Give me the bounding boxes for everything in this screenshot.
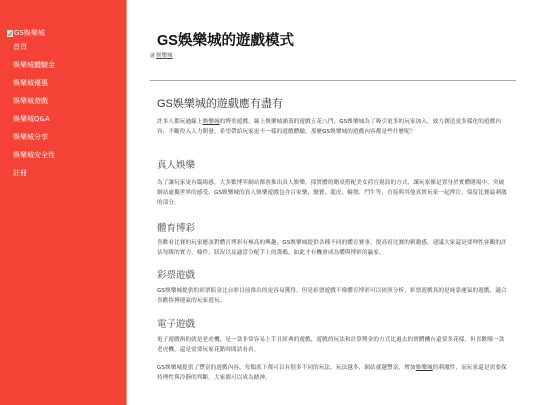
intro-text-start: 許多人都玩過線上	[157, 119, 203, 125]
sidebar-item-share[interactable]: 娛樂城分享	[13, 132, 55, 150]
casino-link[interactable]: 娛樂城	[203, 119, 220, 125]
page-title: GS娛樂城的遊戲模式	[157, 29, 294, 50]
section-heading-lottery: 彩票遊戲	[157, 267, 195, 281]
logo-alt-text: GS娛樂城	[14, 28, 45, 38]
broken-image-icon	[7, 30, 13, 37]
broken-image-icon	[150, 52, 155, 58]
intro-paragraph: 許多人都玩過線上娛樂城的博奕遊戲，線上娛樂城涵蓋的遊戲五花八門，GS娛樂城為了吸…	[157, 117, 509, 137]
sidebar-item-register[interactable]: 註冊	[13, 168, 55, 186]
divider	[150, 80, 516, 81]
section-heading-sports: 體育博彩	[157, 220, 195, 234]
section-text-live: 為了讓玩家更有臨場感，大多數博弈網站都會推出真人娛樂，採實體的賭桌搭配美女荷官視…	[157, 178, 509, 208]
section-heading-live: 真人娛樂	[157, 157, 195, 171]
hero-image-link[interactable]: 娛樂城	[150, 51, 173, 59]
section-text-lottery: GS娛樂城提供的彩票賠金比台彩目前推出的更容易獲得，但是彩票遊戲不像體育博彩可以…	[157, 286, 509, 306]
sidebar: GS娛樂城 首頁 娛樂城體驗金 娛樂城優惠 娛樂城遊戲 娛樂城Q&A 娛樂城分享…	[0, 0, 127, 405]
sidebar-item-games[interactable]: 娛樂城遊戲	[13, 96, 55, 114]
sidebar-item-security[interactable]: 娛樂城安全性	[13, 150, 55, 168]
section-text-slots: 電子遊戲指的就是老虎機，是一款非常容易上手且經典的遊戲，遊戲的玩法和計算獎金的方…	[157, 335, 509, 355]
section-text-sports: 喜歡看比賽的玩家應該對體育博彩有極高的興趣，GS娛樂城提供各種不同的體育賽事，提…	[157, 238, 509, 258]
sidebar-item-qa[interactable]: 娛樂城Q&A	[13, 114, 55, 132]
hero-image-alt: 娛樂城	[156, 51, 173, 59]
section-heading-slots: 電子遊戲	[157, 316, 195, 330]
casino-link-closing[interactable]: 娛樂城	[416, 365, 433, 371]
sidebar-item-promotions[interactable]: 娛樂城優惠	[13, 78, 55, 96]
closing-paragraph: GS娛樂城提供了豐富的遊戲內容，每類底下都可以有很多不同的玩法，玩法越多，網站就…	[157, 363, 509, 383]
site-logo[interactable]: GS娛樂城	[7, 28, 45, 38]
intro-heading: GS娛樂城的遊戲應有盡有	[157, 95, 283, 111]
closing-text-start: GS娛樂城提供了豐富的遊戲內容，每類底下都可以有很多不同的玩法，玩法越多，網站就…	[157, 365, 416, 371]
sidebar-item-trial-bonus[interactable]: 娛樂城體驗金	[13, 60, 55, 78]
sidebar-item-home[interactable]: 首頁	[13, 42, 55, 60]
sidebar-nav: 首頁 娛樂城體驗金 娛樂城優惠 娛樂城遊戲 娛樂城Q&A 娛樂城分享 娛樂城安全…	[13, 42, 55, 186]
